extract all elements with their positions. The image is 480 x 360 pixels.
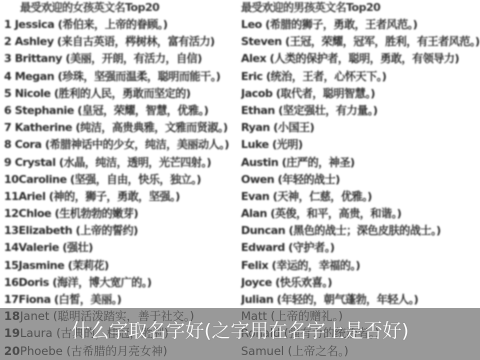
- rank-number: 2: [4, 35, 11, 48]
- list-item: Owen (年轻的战士): [241, 171, 480, 188]
- list-item: 2 Ashley (来自古英语，梣树林，富有活力): [4, 33, 240, 50]
- list-item: Steven (王冠，荣耀，冠军，胜利，有王者风范。): [241, 33, 480, 50]
- rank-number: 10: [4, 173, 19, 186]
- name-entry: Megan (珍珠，坚强而温柔，聪明而能干。): [15, 70, 221, 83]
- name-entry: Brittany (美丽，开朗，有活力，自信): [15, 52, 202, 65]
- boy-names-column: 最受欢迎的男孩英文名Top20 Leo (希腊的狮子，勇敢，王者风范。)Stev…: [241, 0, 480, 360]
- name-entry: Owen (年轻的战士): [241, 173, 340, 186]
- rank-number: 12: [4, 207, 19, 220]
- rank-number: 17: [4, 293, 19, 306]
- list-item: Ethan (坚定强壮，有力量。): [241, 102, 480, 119]
- list-item: 10Caroline (坚强，自由，快乐，独立。): [4, 171, 240, 188]
- rank-number: 14: [4, 241, 19, 254]
- name-entry: Duncan (黑色的战士；深色皮肤的战士。): [241, 224, 441, 237]
- list-item: 15Jasmine (茉莉花): [4, 257, 240, 274]
- list-item: 9 Crystal (水晶，纯洁，透明，光芒四射。): [4, 154, 240, 171]
- name-entry: Jessica (希伯来，上帝的眷顾。): [15, 18, 168, 31]
- list-item: Felix (幸运的，幸福的。): [241, 257, 480, 274]
- list-item: Evan (天神，仁慈，优雅。): [241, 188, 480, 205]
- list-item: Austin (庄严的，神圣): [241, 154, 480, 171]
- name-entry: Doris (海洋，博大宽广的。): [19, 276, 152, 289]
- girl-names-column: 最受欢迎的女孩英文名Top20 1 Jessica (希伯来，上帝的眷顾。)2 …: [4, 0, 240, 360]
- name-entry: Ryan (小国王): [241, 121, 314, 134]
- rank-number: 5: [4, 87, 11, 100]
- name-entry: Austin (庄严的，神圣): [241, 156, 355, 169]
- name-entry: Chloe (生机勃勃的嫩芽): [19, 207, 139, 220]
- list-item: Jacob (取代者，聪明智慧。): [241, 85, 480, 102]
- name-entry: Crystal (水晶，纯洁，透明，光芒四射。): [15, 156, 211, 169]
- name-entry: Luke (光明): [241, 138, 303, 151]
- name-entry: Joyce (快乐欢喜。): [241, 276, 332, 289]
- list-item: Eric (统治，王者，心怀天下。): [241, 68, 480, 85]
- name-entry: Cora (希腊神话中的少女，纯洁，美丽动人。): [15, 138, 229, 151]
- name-entry: Jacob (取代者，聪明智慧。): [241, 87, 375, 100]
- list-item: 4 Megan (珍珠，坚强而温柔，聪明而能干。): [4, 68, 240, 85]
- girl-names-header: 最受欢迎的女孩英文名Top20: [4, 0, 240, 16]
- name-entry: Katherine (纯洁，高贵典雅，文雅而贤淑。): [15, 121, 228, 134]
- list-item: 1 Jessica (希伯来，上帝的眷顾。): [4, 16, 240, 33]
- name-entry: Nicole (胜利的人民，勇敢而坚定的): [15, 87, 191, 100]
- list-item: Ryan (小国王): [241, 119, 480, 136]
- rank-number: 9: [4, 156, 11, 169]
- name-entry: Alex (人类的保护者，聪明，勇敢，有领导力): [241, 52, 459, 65]
- name-entry: Stephanie (皇冠，荣耀，智慧，优雅。): [15, 104, 209, 117]
- list-item: 16Doris (海洋，博大宽广的。): [4, 274, 240, 291]
- name-entry: Ashley (来自古英语，梣树林，富有活力): [15, 35, 215, 48]
- name-entry: Eric (统治，王者，心怀天下。): [241, 70, 386, 83]
- rank-number: 16: [4, 276, 19, 289]
- name-entry: Fiona (白皙，美丽。): [19, 293, 122, 306]
- list-item: 7 Katherine (纯洁，高贵典雅，文雅而贤淑。): [4, 119, 240, 136]
- name-entry: Jasmine (茉莉花): [19, 259, 109, 272]
- rank-number: 3: [4, 52, 11, 65]
- name-entry: Felix (幸运的，幸福的。): [241, 259, 360, 272]
- rank-number: 8: [4, 138, 11, 151]
- name-entry: Julian (年轻的，朝气蓬勃，年轻人。): [241, 293, 418, 306]
- name-entry: Evan (天神，仁慈，优雅。): [241, 190, 372, 203]
- list-item: 6 Stephanie (皇冠，荣耀，智慧，优雅。): [4, 102, 240, 119]
- name-entry: Ethan (坚定强壮，有力量。): [241, 104, 377, 117]
- list-item: Julian (年轻的，朝气蓬勃，年轻人。): [241, 291, 480, 308]
- name-entry: Edward (守护者。): [241, 241, 334, 254]
- list-item: 3 Brittany (美丽，开朗，有活力，自信): [4, 50, 240, 67]
- rank-number: 11: [4, 190, 19, 203]
- list-item: 8 Cora (希腊神话中的少女，纯洁，美丽动人。): [4, 136, 240, 153]
- list-item: Duncan (黑色的战士；深色皮肤的战士。): [241, 222, 480, 239]
- rank-number: 7: [4, 121, 11, 134]
- rank-number: 15: [4, 259, 19, 272]
- list-item: 5 Nicole (胜利的人民，勇敢而坚定的): [4, 85, 240, 102]
- list-item: Edward (守护者。): [241, 239, 480, 256]
- boy-names-header: 最受欢迎的男孩英文名Top20: [241, 0, 480, 16]
- rank-number: 6: [4, 104, 11, 117]
- list-item: Alan (英俊，和平，高贵，和谐。): [241, 205, 480, 222]
- list-item: Alex (人类的保护者，聪明，勇敢，有领导力): [241, 50, 480, 67]
- name-entry: Alan (英俊，和平，高贵，和谐。): [241, 207, 401, 220]
- name-entry: Leo (希腊的狮子，勇敢，王者风范。): [241, 18, 417, 31]
- rank-number: 1: [4, 18, 11, 31]
- list-item: Joyce (快乐欢喜。): [241, 274, 480, 291]
- rank-number: 4: [4, 70, 11, 83]
- caption-title: 什么字取名字好(之字用在名字上是否好): [0, 319, 480, 343]
- list-item: 12Chloe (生机勃勃的嫩芽): [4, 205, 240, 222]
- list-item: 17Fiona (白皙，美丽。): [4, 291, 240, 308]
- name-entry: Ariel (神的，狮子，勇敢，坚强。): [19, 190, 180, 203]
- name-entry: Valerie (强壮): [19, 241, 93, 254]
- name-entry: Caroline (坚强，自由，快乐，独立。): [19, 173, 202, 186]
- list-item: 14Valerie (强壮): [4, 239, 240, 256]
- rank-number: 13: [4, 224, 19, 237]
- list-item: Leo (希腊的狮子，勇敢，王者风范。): [241, 16, 480, 33]
- name-list-image: 最受欢迎的女孩英文名Top20 1 Jessica (希伯来，上帝的眷顾。)2 …: [0, 0, 480, 360]
- name-entry: Steven (王冠，荣耀，冠军，胜利，有王者风范。): [241, 35, 480, 48]
- list-item: Luke (光明): [241, 136, 480, 153]
- list-item: 11Ariel (神的，狮子，勇敢，坚强。): [4, 188, 240, 205]
- name-entry: Elizabeth (上帝的誓约): [19, 224, 138, 237]
- list-item: 13Elizabeth (上帝的誓约): [4, 222, 240, 239]
